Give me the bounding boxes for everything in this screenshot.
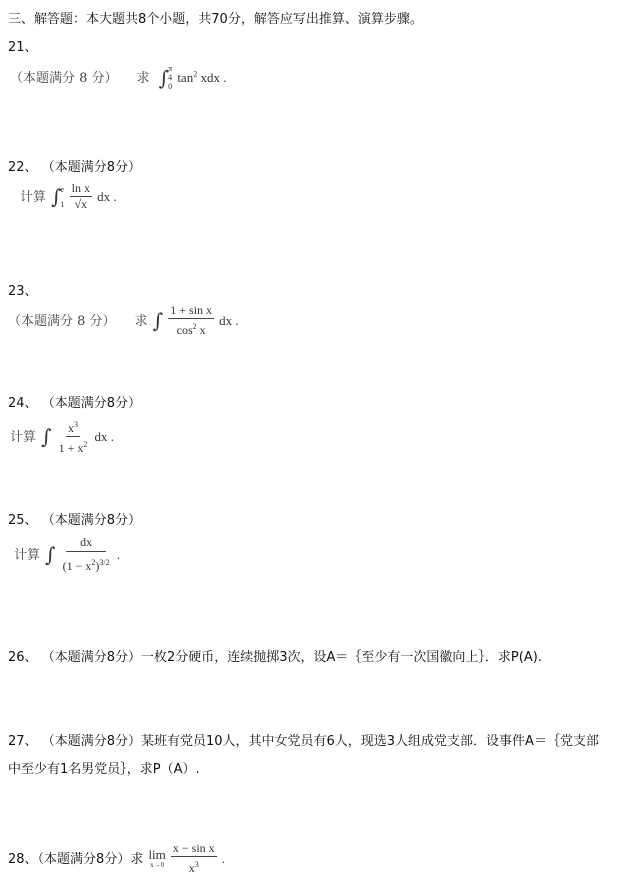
numerator: x − sin x (171, 842, 217, 857)
problem-24: 计算 ∫ x31 + x2 dx . (10, 418, 114, 455)
limit-operator: limx→0 (148, 849, 165, 869)
integrand: tan2 xdx . (177, 70, 226, 85)
problem-26-text: 一枚2分硬币，连续抛掷3次，设A＝｛至少有一次国徽向上｝．求P(A). (141, 650, 542, 665)
problem-22: 计算 ∫e1 ln x√x dx . (20, 182, 117, 211)
numerator: x3 (66, 418, 80, 437)
problem-23-verb: 求 (135, 314, 148, 329)
problem-24-verb: 计算 (10, 430, 36, 445)
integral-sign: ∫ (45, 543, 55, 567)
differential: dx . (95, 429, 115, 444)
problem-24-header: 24、 （本题满分8分） (8, 396, 141, 412)
problem-28-number: 28、 (8, 852, 38, 867)
denominator: (1 − x2)3/2 (61, 552, 112, 573)
lower-limit: 1 (61, 200, 65, 209)
denominator: x3 (187, 857, 201, 875)
problem-25-verb: 计算 (14, 548, 40, 563)
problem-26-number: 26、 (8, 650, 38, 665)
problem-22-number: 22、 (8, 160, 38, 175)
period: . (222, 851, 225, 866)
integral-limits: e1 (61, 185, 65, 209)
problem-24-number: 24、 (8, 396, 38, 411)
denominator: cos2 x (175, 319, 208, 337)
differential: dx . (219, 313, 239, 328)
period: . (117, 547, 120, 562)
section-heading: 三、解答题：本大题共8个小题，共70分，解答应写出推算、演算步骤。 (8, 12, 423, 28)
fraction: ln x√x (70, 182, 92, 211)
problem-22-header: 22、 （本题满分8分） (8, 160, 141, 176)
upper-limit-den: 4 (168, 73, 172, 82)
fraction: dx(1 − x2)3/2 (61, 536, 112, 573)
problem-26-score: （本题满分8分） (42, 650, 141, 665)
fraction: x − sin xx3 (171, 842, 217, 875)
problem-21-score: （本题满分 8 分） (10, 71, 118, 86)
lower-limit: 0 (168, 82, 172, 91)
problem-23-number: 23、 (8, 284, 38, 300)
problem-21-verb: 求 (137, 71, 150, 86)
problem-28-score: （本题满分8分） (38, 852, 131, 867)
problem-27-number: 27、 (8, 734, 38, 749)
problem-23-score: （本题满分 8 分） (8, 314, 116, 329)
problem-28: 28、（本题满分8分）求 limx→0 x − sin xx3 . (8, 842, 225, 875)
problem-21-number: 21、 (8, 40, 38, 56)
numerator: ln x (70, 182, 92, 197)
fraction: x31 + x2 (57, 418, 90, 455)
upper-limit: e (61, 185, 65, 194)
fraction: 1 + sin xcos2 x (168, 304, 214, 337)
problem-28-verb: 求 (130, 852, 143, 867)
problem-25-number: 25、 (8, 513, 38, 528)
problem-22-verb: 计算 (20, 190, 46, 205)
problem-21: （本题满分 8 分） 求 ∫π40 tan2 xdx . (10, 64, 226, 91)
integral-sign: ∫ (41, 425, 51, 449)
integral-limits: π40 (168, 64, 172, 91)
differential: dx . (97, 189, 117, 204)
numerator: 1 + sin x (168, 304, 214, 319)
problem-27-line2: 中至少有1名男党员｝，求P（A）. (8, 762, 200, 778)
problem-25-header: 25、 （本题满分8分） (8, 513, 141, 529)
integral-sign: ∫ (153, 309, 163, 333)
problem-27-score: （本题满分8分） (42, 734, 141, 749)
problem-25-score: （本题满分8分） (42, 513, 141, 528)
numerator: dx (66, 536, 106, 552)
problem-27-line1: 27、 （本题满分8分）某班有党员10人，其中女党员有6人，现选3人组成党支部．… (8, 734, 599, 750)
problem-24-score: （本题满分8分） (42, 396, 141, 411)
problem-27-text: 某班有党员10人，其中女党员有6人，现选3人组成党支部．设事件A＝｛党支部 (141, 734, 599, 749)
problem-25: 计算 ∫ dx(1 − x2)3/2 . (14, 536, 120, 573)
denominator: 1 + x2 (57, 437, 90, 455)
problem-23: （本题满分 8 分） 求 ∫ 1 + sin xcos2 x dx . (8, 304, 239, 337)
problem-26: 26、 （本题满分8分）一枚2分硬币，连续抛掷3次，设A＝｛至少有一次国徽向上｝… (8, 650, 542, 666)
upper-limit: π (168, 64, 172, 73)
denominator: √x (73, 197, 90, 211)
problem-22-score: （本题满分8分） (42, 160, 141, 175)
